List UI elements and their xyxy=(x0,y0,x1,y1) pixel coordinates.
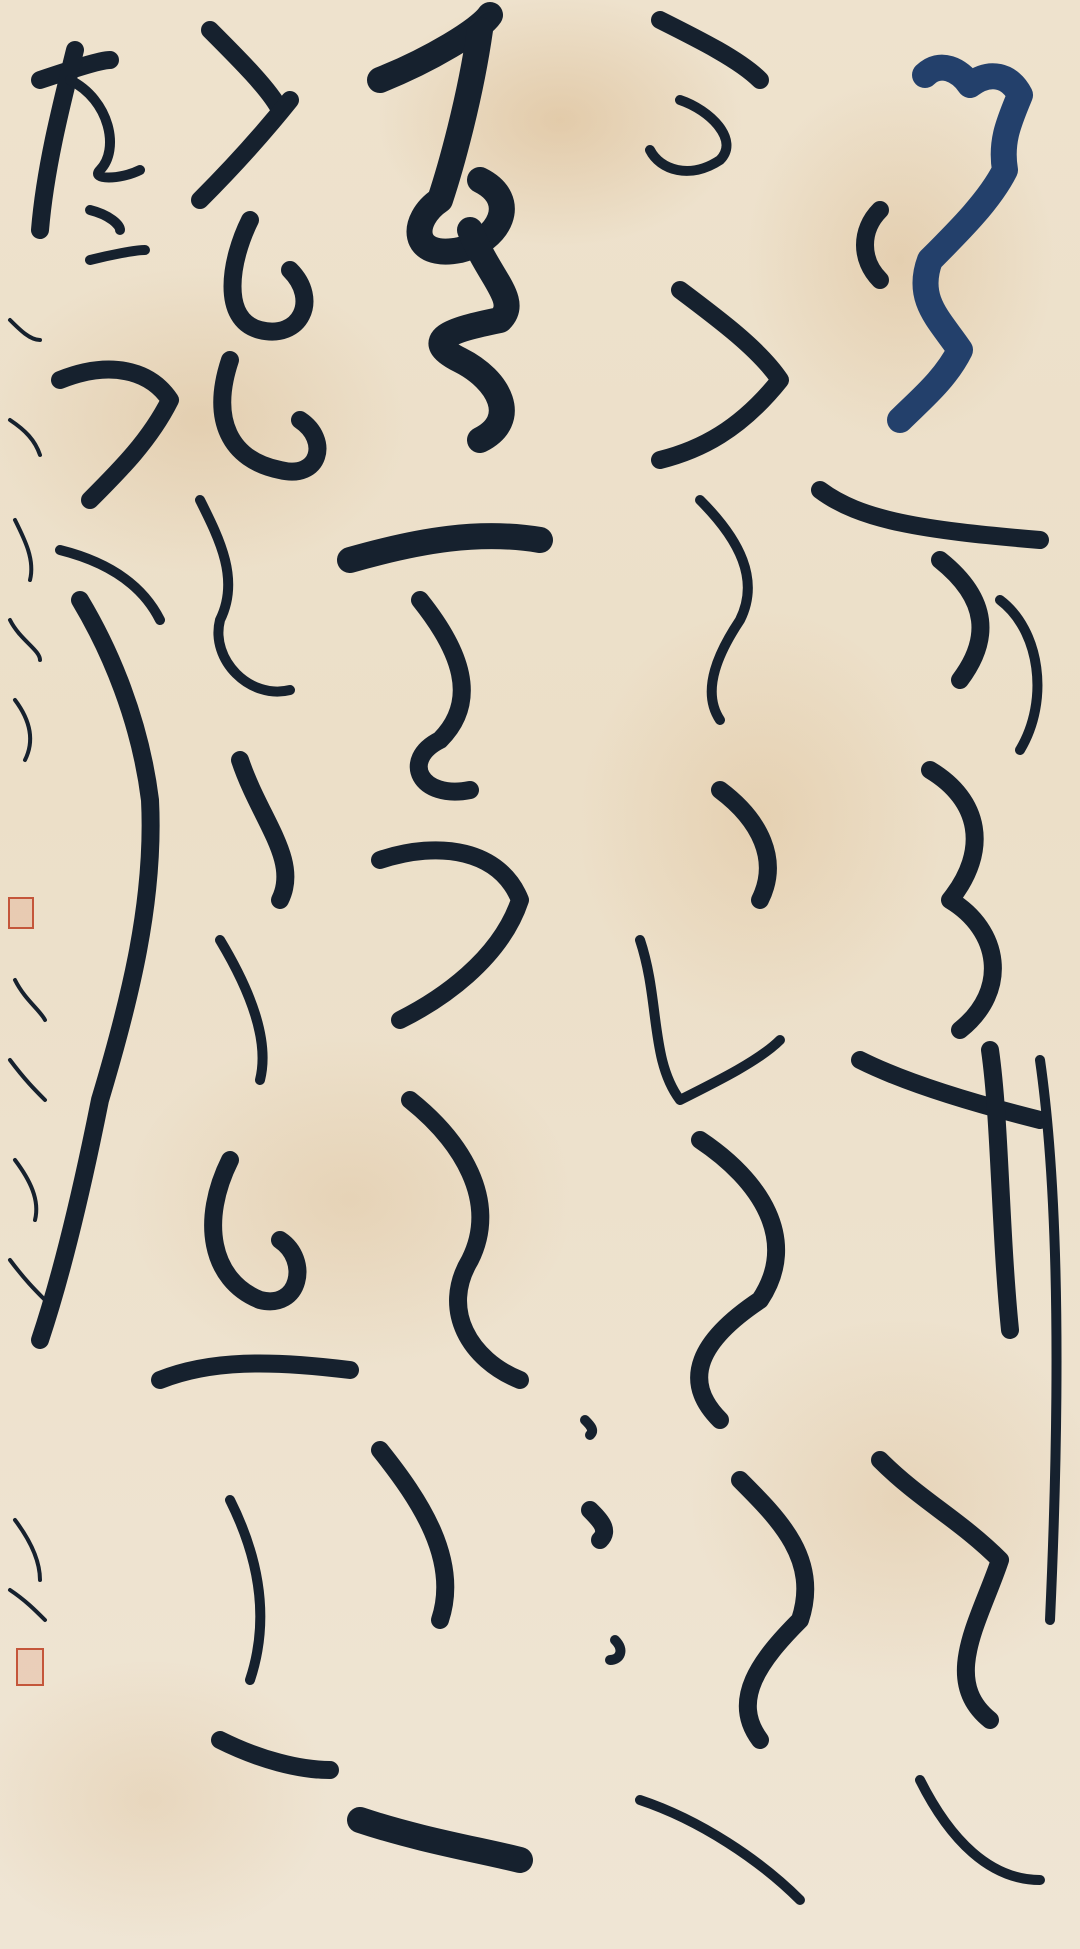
lower-seal xyxy=(16,1648,44,1686)
upper-seal xyxy=(8,897,34,929)
column-1 xyxy=(820,68,1057,1880)
calligraphy-strokes xyxy=(0,0,1080,1949)
column-4 xyxy=(160,30,350,1770)
inscription-strokes xyxy=(10,320,45,1620)
column-2 xyxy=(640,20,805,1900)
column-3 xyxy=(350,15,540,1860)
scroll-paper: Chinese cursive calligraphy scroll (草书) … xyxy=(0,0,1080,1949)
ink-spots xyxy=(585,1420,620,1660)
column-5 xyxy=(40,50,170,1340)
